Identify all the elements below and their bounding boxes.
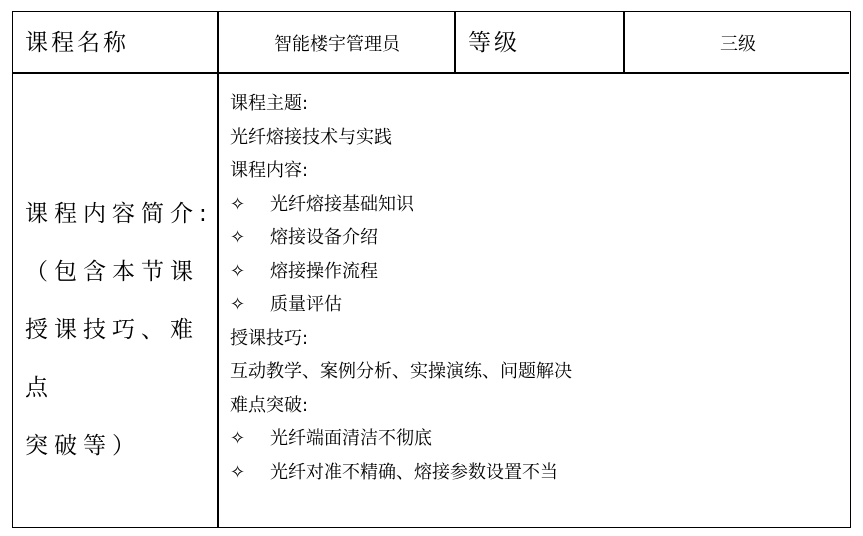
difficulty-heading: 难点突破: [230,389,840,423]
difficulty-item: ✧光纤对准不精确、熔接参数设置不当 [230,456,840,490]
course-table: 课程名称 智能楼宇管理员 等级 三级 课程内容简介: （包含本节课 授课技巧、难… [12,11,851,528]
diamond-bullet-icon: ✧ [230,456,270,490]
intro-label-line: 课程内容简介: [25,185,217,243]
difficulty-item: ✧光纤端面清洁不彻底 [230,422,840,456]
diamond-bullet-icon: ✧ [230,188,270,222]
content-item: ✧熔接操作流程 [230,255,840,289]
content-item: ✧光纤熔接基础知识 [230,188,840,222]
content-heading: 课程内容: [230,154,840,188]
topic-text: 光纤熔接技术与实践 [230,121,840,155]
intro-content: 课程主题: 光纤熔接技术与实践 课程内容: ✧光纤熔接基础知识 ✧熔接设备介绍 … [230,87,840,489]
skills-heading: 授课技巧: [230,322,840,356]
content-item: ✧质量评估 [230,288,840,322]
intro-label-line: （包含本节课 [25,243,217,301]
skills-text: 互动教学、案例分析、实操演练、问题解决 [230,355,840,389]
course-name-label: 课程名称 [25,24,215,64]
course-name-value: 智能楼宇管理员 [219,30,455,60]
topic-heading: 课程主题: [230,87,840,121]
diamond-bullet-icon: ✧ [230,221,270,255]
intro-label-line: 突破等） [25,417,217,475]
diamond-bullet-icon: ✧ [230,422,270,456]
diamond-bullet-icon: ✧ [230,288,270,322]
row-divider [13,72,849,74]
column-divider [217,12,219,527]
intro-label: 课程内容简介: （包含本节课 授课技巧、难点 突破等） [25,185,217,475]
level-label: 等级 [468,24,618,64]
content-item: ✧熔接设备介绍 [230,221,840,255]
diamond-bullet-icon: ✧ [230,255,270,289]
level-value: 三级 [625,30,851,60]
intro-label-line: 授课技巧、难点 [25,301,217,417]
